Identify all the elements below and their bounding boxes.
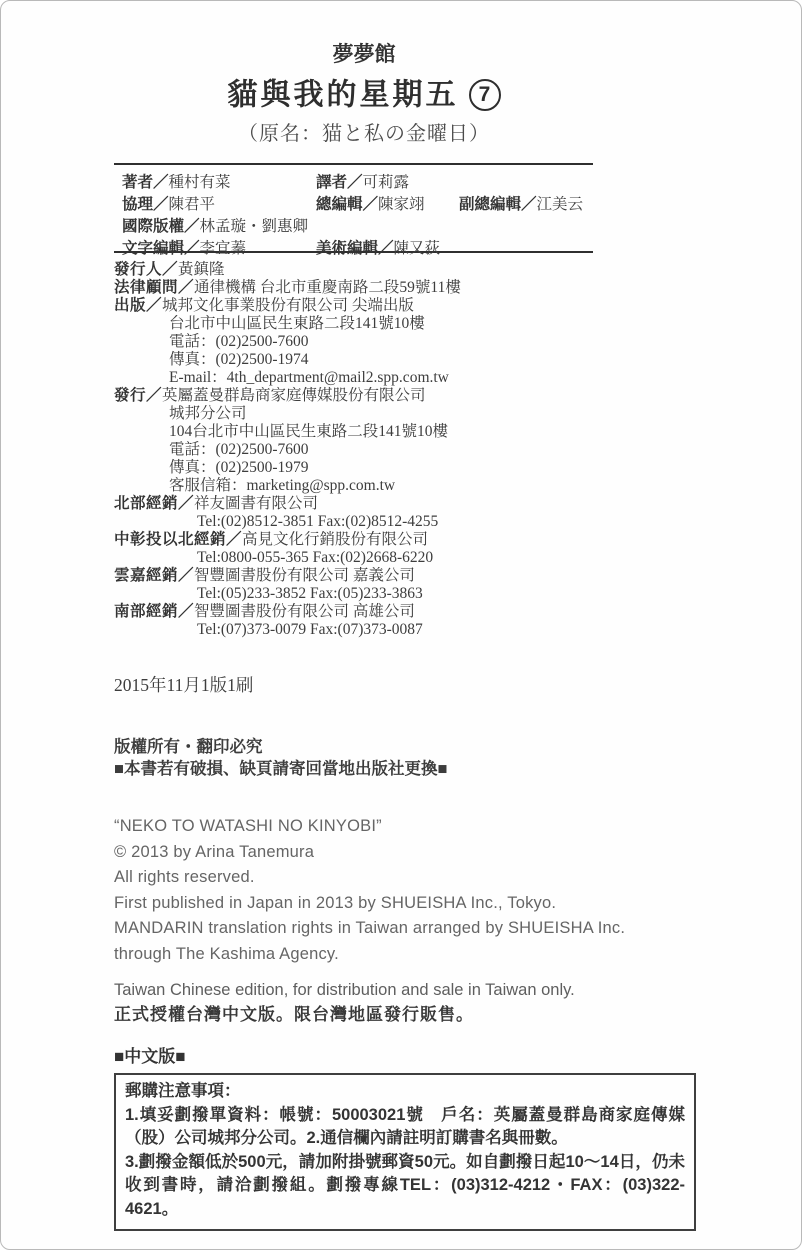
colophon-line-publisher: 出版／城邦文化事業股份有限公司 尖端出版 — [114, 297, 699, 315]
rights-line-2: ■本書若有破損、缺頁請寄回當地出版社更換■ — [114, 759, 699, 781]
mail-order-notice-box: 郵購注意事項： 1.填妥劃撥單資料：帳號：50003021號 戶名：英屬蓋曼群島… — [114, 1073, 696, 1231]
credit-value: 陳君平 — [169, 196, 216, 213]
english-line-rights: All rights reserved. — [114, 865, 699, 891]
colophon-text: 通律機構 台北市重慶南路二段59號11樓 — [194, 279, 461, 296]
colophon-line-north-distributor-tel: Tel:(02)8512-3851 Fax:(02)8512-4255 — [114, 513, 699, 531]
credit-value: 種村有菜 — [169, 174, 231, 191]
colophon-label: 北部經銷／ — [114, 495, 194, 512]
mail-order-item-1: 1.填妥劃撥單資料：帳號：50003021號 戶名：英屬蓋曼群島商家庭傳媒（股）… — [125, 1104, 685, 1151]
credits-table: 著者／種村有菜 譯者／可莉露 協理／陳君平 總編輯／陳家翊 副總編輯／江美云 國… — [114, 163, 593, 253]
colophon-text: Tel:(05)233-3852 Fax:(05)233-3863 — [197, 585, 423, 602]
colophon-text: 智豐圖書股份有限公司 嘉義公司 — [194, 567, 415, 584]
colophon-label: 出版／ — [114, 297, 162, 314]
colophon-text: 高見文化行銷股份有限公司 — [242, 531, 428, 548]
credit-intl-rights: 國際版權／林孟璇・劉惠卿 — [122, 214, 308, 236]
colophon-text: 傳真：(02)2500-1979 — [169, 459, 309, 476]
mail-order-heading: 郵購注意事項： — [125, 1080, 685, 1104]
mail-order-item-2: 3.劃撥金額低於500元，請加附掛號郵資50元。如自劃撥日起10～14日，仍未收… — [125, 1151, 685, 1222]
colophon-text: E-mail：4th_department@mail2.spp.com.tw — [169, 369, 449, 386]
colophon-line-yunjia-distributor: 雲嘉經銷／智豐圖書股份有限公司 嘉義公司 — [114, 567, 699, 585]
credit-director: 協理／陳君平 — [122, 192, 215, 214]
credit-text-editor: 文字編輯／李宜蓁 — [122, 236, 246, 258]
colophon-line-publisher-fax: 傳真：(02)2500-1974 — [114, 351, 699, 369]
english-line-copyright: © 2013 by Arina Tanemura — [114, 840, 699, 866]
colophon-line-issuer: 發行／英屬蓋曼群島商家庭傳媒股份有限公司 — [114, 387, 699, 405]
english-line-first-published: First published in Japan in 2013 by SHUE… — [114, 891, 699, 917]
original-title: （原名：猫と私の金曜日） — [114, 121, 614, 147]
colophon-label: 中彰投以北經銷／ — [114, 531, 242, 548]
taiwan-notice-english: Taiwan Chinese edition, for distribution… — [114, 979, 699, 1002]
colophon-text: 黃鎮隆 — [178, 261, 225, 278]
colophon-text: 城邦分公司 — [169, 405, 247, 422]
colophon-line-publisher-email: E-mail：4th_department@mail2.spp.com.tw — [114, 369, 699, 387]
colophon-text: 台北市中山區民生東路二段141號10樓 — [169, 315, 425, 332]
colophon-line-issuer-fax: 傳真：(02)2500-1979 — [114, 459, 699, 477]
colophon-line-issuer-phone: 電話：(02)2500-7600 — [114, 441, 699, 459]
colophon-line-issuer-branch: 城邦分公司 — [114, 405, 699, 423]
credit-label: 譯者／ — [316, 174, 363, 191]
rights-statement: 版權所有・翻印必究 ■本書若有破損、缺頁請寄回當地出版社更換■ — [114, 737, 699, 780]
colophon-label: 發行／ — [114, 387, 162, 404]
colophon-text: 城邦文化事業股份有限公司 尖端出版 — [162, 297, 414, 314]
credit-label: 協理／ — [122, 196, 169, 213]
content-column: 夢夢館 貓與我的星期五 7 （原名：猫と私の金曜日） 著者／種村有菜 譯者／可莉… — [114, 1, 699, 1231]
colophon-text: 104台北市中山區民生東路二段141號10樓 — [169, 423, 448, 440]
imprint-label: 夢夢館 — [114, 43, 614, 67]
colophon-line-south-distributor: 南部經銷／智豐圖書股份有限公司 高雄公司 — [114, 603, 699, 621]
colophon-page: 夢夢館 貓與我的星期五 7 （原名：猫と私の金曜日） 著者／種村有菜 譯者／可莉… — [0, 0, 802, 1250]
colophon-line-south-distributor-tel: Tel:(07)373-0079 Fax:(07)373-0087 — [114, 621, 699, 639]
credit-label: 文字編輯／ — [122, 240, 200, 257]
colophon-text: 電話：(02)2500-7600 — [169, 441, 309, 458]
credit-translator: 譯者／可莉露 — [316, 170, 409, 192]
colophon-text: 祥友圖書有限公司 — [194, 495, 318, 512]
chinese-edition-heading: ■中文版■ — [114, 1047, 699, 1067]
rights-line-1: 版權所有・翻印必究 — [114, 737, 699, 759]
colophon-text: 英屬蓋曼群島商家庭傳媒股份有限公司 — [162, 387, 426, 404]
credit-label: 著者／ — [122, 174, 169, 191]
book-title: 貓與我的星期五 — [228, 78, 459, 111]
colophon-line-central-distributor-tel: Tel:0800-055-365 Fax:(02)2668-6220 — [114, 549, 699, 567]
credit-label: 副總編輯／ — [459, 196, 537, 213]
credit-chief-editor: 總編輯／陳家翊 — [316, 192, 425, 214]
colophon-text: Tel:(02)8512-3851 Fax:(02)8512-4255 — [197, 513, 438, 530]
colophon-line-legal-advisor: 法律顧問／通律機構 台北市重慶南路二段59號11樓 — [114, 279, 699, 297]
colophon-line-north-distributor: 北部經銷／祥友圖書有限公司 — [114, 495, 699, 513]
credit-deputy-chief-editor: 副總編輯／江美云 — [459, 192, 583, 214]
header: 夢夢館 貓與我的星期五 7 （原名：猫と私の金曜日） — [114, 1, 614, 147]
english-copyright-notice: “NEKO TO WATASHI NO KINYOBI” © 2013 by A… — [114, 814, 699, 967]
colophon-line-publisher-phone: 電話：(02)2500-7600 — [114, 333, 699, 351]
credit-value: 可莉露 — [363, 174, 410, 191]
colophon-label: 發行人／ — [114, 261, 178, 278]
english-line-mandarin-rights: MANDARIN translation rights in Taiwan ar… — [114, 916, 699, 942]
colophon-label: 雲嘉經銷／ — [114, 567, 194, 584]
publishing-info: 發行人／黃鎮隆 法律顧問／通律機構 台北市重慶南路二段59號11樓 出版／城邦文… — [114, 261, 699, 639]
credit-author: 著者／種村有菜 — [122, 170, 231, 192]
colophon-line-issuer-address: 104台北市中山區民生東路二段141號10樓 — [114, 423, 699, 441]
colophon-text: 智豐圖書股份有限公司 高雄公司 — [194, 603, 415, 620]
edition-date: 2015年11月1版1刷 — [114, 675, 699, 695]
colophon-line-central-distributor: 中彰投以北經銷／高見文化行銷股份有限公司 — [114, 531, 699, 549]
taiwan-edition-notice: Taiwan Chinese edition, for distribution… — [114, 979, 699, 1027]
colophon-text: 電話：(02)2500-7600 — [169, 333, 309, 350]
credit-value: 江美云 — [537, 196, 584, 213]
colophon-label: 法律顧問／ — [114, 279, 194, 296]
credit-value: 陳家翊 — [378, 196, 425, 213]
credit-label: 總編輯／ — [316, 196, 378, 213]
colophon-line-publisher-person: 發行人／黃鎮隆 — [114, 261, 699, 279]
colophon-label: 南部經銷／ — [114, 603, 194, 620]
credit-label: 美術編輯／ — [316, 240, 394, 257]
colophon-line-issuer-service-email: 客服信箱：marketing@spp.com.tw — [114, 477, 699, 495]
colophon-line-publisher-address: 台北市中山區民生東路二段141號10樓 — [114, 315, 699, 333]
english-line-title: “NEKO TO WATASHI NO KINYOBI” — [114, 814, 699, 840]
colophon-text: 客服信箱：marketing@spp.com.tw — [169, 477, 395, 494]
credit-art-editor: 美術編輯／陳又荻 — [316, 236, 440, 258]
credit-label: 國際版權／ — [122, 218, 200, 235]
colophon-text: Tel:0800-055-365 Fax:(02)2668-6220 — [197, 549, 433, 566]
title-line: 貓與我的星期五 7 — [114, 75, 614, 115]
credit-value: 林孟璇・劉惠卿 — [200, 218, 309, 235]
colophon-text: Tel:(07)373-0079 Fax:(07)373-0087 — [197, 621, 423, 638]
colophon-text: 傳真：(02)2500-1974 — [169, 351, 309, 368]
taiwan-notice-chinese: 正式授權台灣中文版。限台灣地區發行販售。 — [114, 1002, 699, 1027]
credit-value: 陳又荻 — [394, 240, 441, 257]
colophon-line-yunjia-distributor-tel: Tel:(05)233-3852 Fax:(05)233-3863 — [114, 585, 699, 603]
volume-circle-badge: 7 — [469, 79, 501, 111]
credit-value: 李宜蓁 — [200, 240, 247, 257]
english-line-agency: through The Kashima Agency. — [114, 942, 699, 968]
